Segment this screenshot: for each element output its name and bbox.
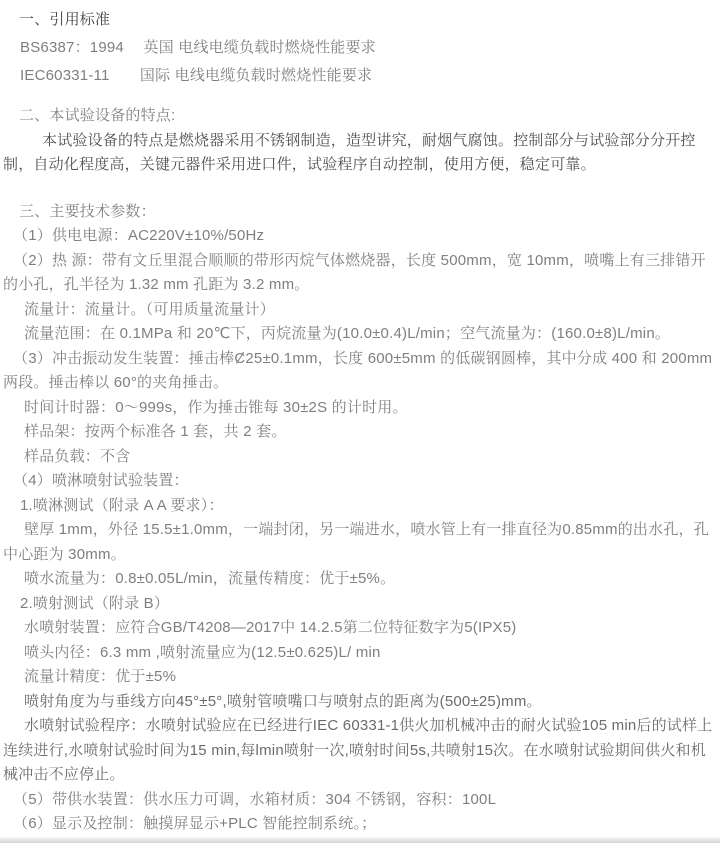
param-impact-device: （3）冲击振动发生装置：捶击棒Ȼ25±0.1mm，长度 600±5mm 的低碳钢…	[3, 347, 718, 396]
parameters-heading: 三、主要技术参数：	[3, 200, 718, 225]
param-sample-rack: 样品架：按两个标准各 1 套，共 2 套。	[3, 420, 718, 445]
param-display-control: （6）显示及控制：触摸屏显示+PLC 智能控制系统。；	[3, 812, 718, 837]
param-power-supply: （1）供电电源：AC220V±10%/50Hz	[3, 224, 718, 249]
param-sample-load: 样品负载：不含	[3, 445, 718, 470]
document-page: 一、引用标准 BS6387：1994 英国 电线电缆负载时燃烧性能要求 IEC6…	[0, 0, 720, 843]
section-references: 一、引用标准 BS6387：1994 英国 电线电缆负载时燃烧性能要求 IEC6…	[3, 6, 718, 90]
features-heading: 二、本试验设备的特点:	[3, 104, 718, 129]
param-flow-range: 流量范围：在 0.1MPa 和 20℃下，丙烷流量为(10.0±0.4)L/mi…	[3, 322, 718, 347]
section-parameters: 三、主要技术参数： （1）供电电源：AC220V±10%/50Hz （2）热 源…	[3, 200, 718, 837]
param-flowmeter-accuracy: 流量计精度：优于±5%	[3, 665, 718, 690]
reference-item-bs6387: BS6387：1994 英国 电线电缆负载时燃烧性能要求	[3, 34, 718, 62]
param-water-supply: （5）带供水装置：供水压力可调，水箱材质：304 不锈钢，容积：100L	[3, 788, 718, 813]
param-flow-meter: 流量计：流量计。（可用质量流量计）	[3, 298, 718, 323]
param-jet-angle: 喷射角度为与垂线方向45°±5°,喷射管喷嘴口与喷射点的距离为(500±25)m…	[3, 690, 718, 715]
section-features: 二、本试验设备的特点: 本试验设备的特点是燃烧器采用不锈钢制造，造型讲究，耐烟气…	[3, 104, 718, 178]
param-heat-source: （2）热 源：带有文丘里混合顺顺的带形丙烷气体燃烧器，长度 500mm，宽 10…	[3, 249, 718, 298]
features-paragraph: 本试验设备的特点是燃烧器采用不锈钢制造，造型讲究，耐烟气腐蚀。控制部分与试验部分…	[3, 129, 718, 178]
reference-item-iec60331: IEC60331-11 国际 电线电缆负载时燃烧性能要求	[3, 62, 718, 90]
param-jet-test: 2.喷射测试（附录 B）	[3, 592, 718, 617]
param-nozzle-diameter: 喷头内径：6.3 mm ,喷射流量应为(12.5±0.625)L/ min	[3, 641, 718, 666]
param-spray-test-device: （4）喷淋喷射试验装置：	[3, 469, 718, 494]
param-spray-pipe-spec: 壁厚 1mm，外径 15.5±1.0mm，一端封闭，另一端进水，喷水管上有一排直…	[3, 518, 718, 567]
references-heading: 一、引用标准	[3, 6, 718, 34]
param-jet-procedure: 水喷射试验程序：水喷射试验应在已经进行IEC 60331-1供火加机械冲击的耐火…	[3, 714, 718, 788]
param-timer: 时间计时器：0～999s，作为捶击锥每 30±2S 的计时用。	[3, 396, 718, 421]
bottom-edge-gradient	[0, 836, 720, 843]
param-jet-device: 水喷射装置：应符合GB/T4208—2017中 14.2.5第二位特征数字为5(…	[3, 616, 718, 641]
param-spray-flow: 喷水流量为：0.8±0.05L/min，流量传精度：优于±5%。	[3, 567, 718, 592]
param-spray-test: 1.喷淋测试（附录 A A 要求）：	[3, 494, 718, 519]
